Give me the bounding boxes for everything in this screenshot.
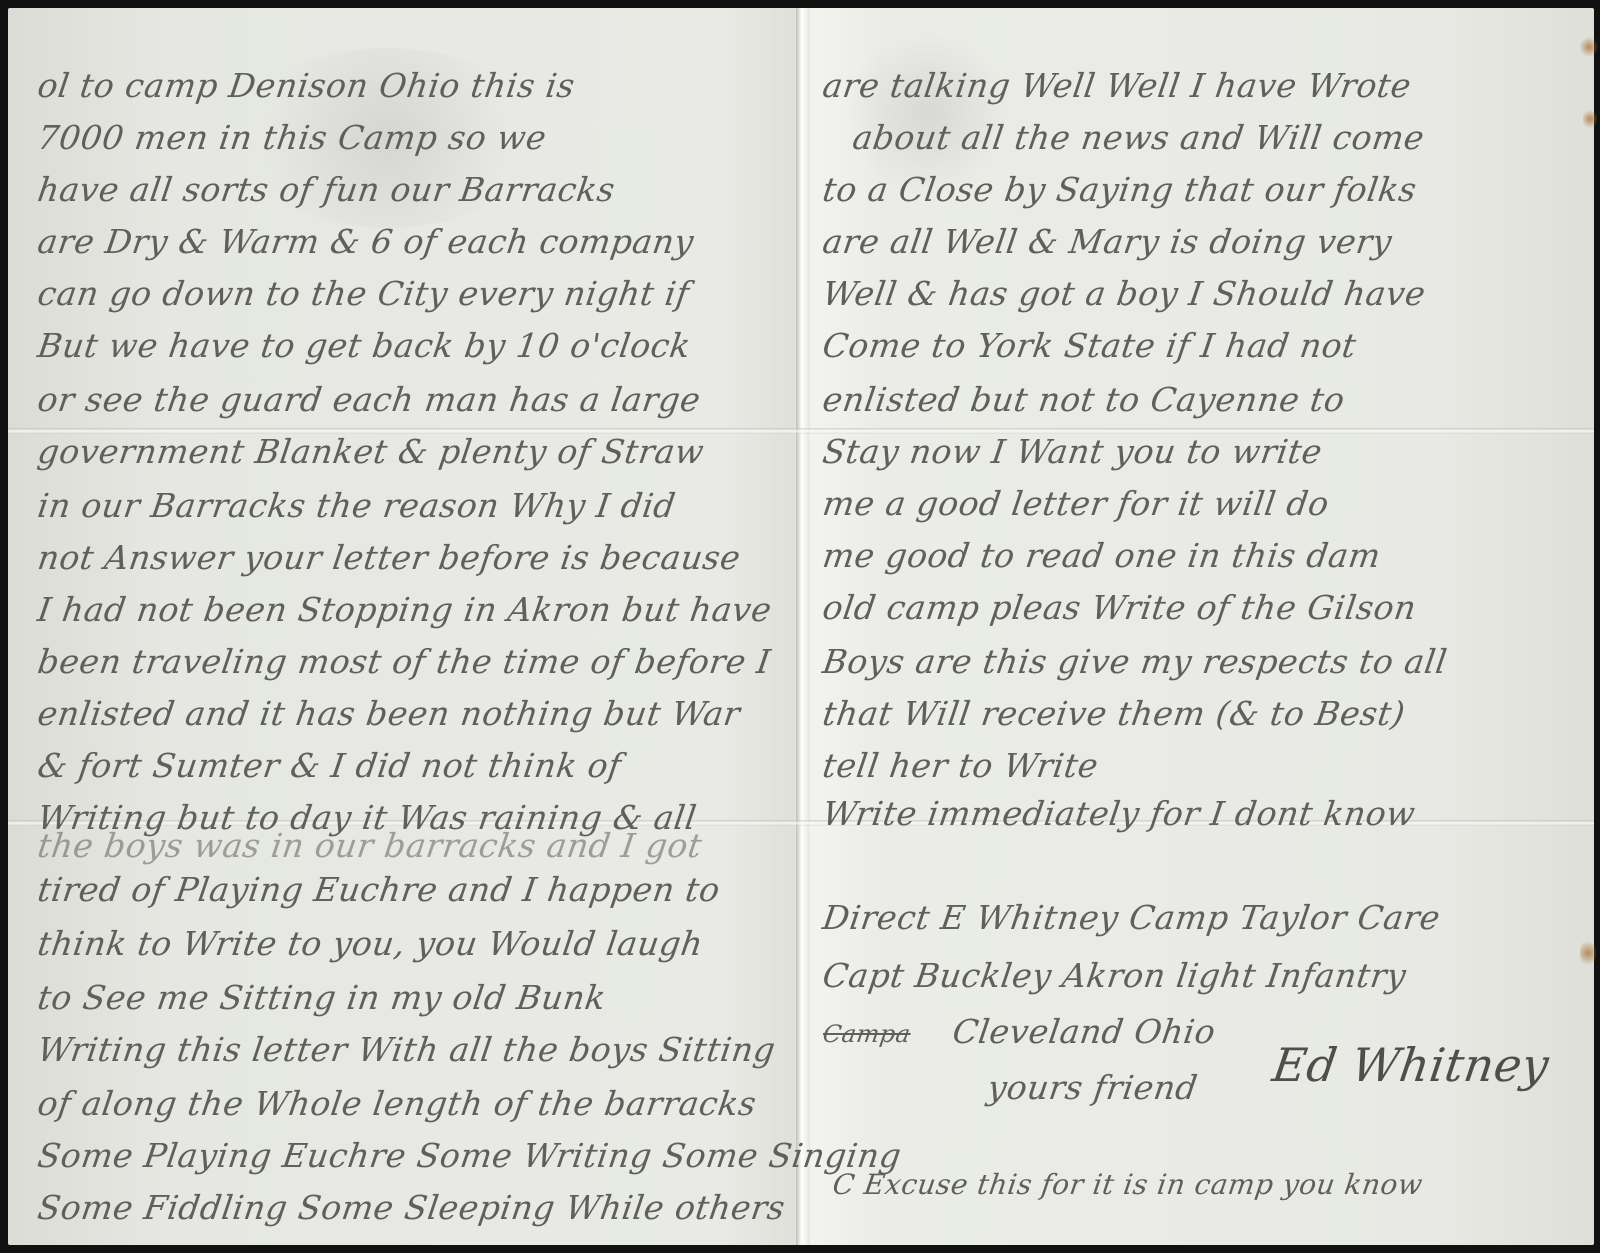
text-line: me good to read one in this dam: [820, 536, 1383, 575]
rust-stain: [1583, 108, 1597, 130]
closing: yours friend: [985, 1068, 1200, 1107]
postscript: C Excuse this for it is in camp you know: [831, 1168, 1425, 1201]
text-line: Writing this letter With all the boys Si…: [35, 1030, 778, 1069]
text-line: I had not been Stopping in Akron but hav…: [35, 590, 774, 629]
text-line: are Dry & Warm & 6 of each company: [35, 222, 696, 261]
text-line: Some Fiddling Some Sleeping While others: [35, 1188, 787, 1227]
text-line: have all sorts of fun our Barracks: [35, 170, 617, 209]
text-line: tired of Playing Euchre and I happen to: [35, 870, 722, 909]
text-line: are talking Well Well I have Wrote: [820, 66, 1414, 105]
text-line: of along the Whole length of the barrack…: [35, 1084, 759, 1123]
right-page: are talking Well Well I have Wrote about…: [823, 8, 1583, 1245]
text-line: been traveling most of the time of befor…: [35, 642, 773, 681]
text-line: or see the guard each man has a large: [35, 380, 703, 419]
text-line: me a good letter for it will do: [820, 484, 1331, 523]
text-line: to a Close by Saying that our folks: [820, 170, 1419, 209]
text-line: enlisted and it has been nothing but War: [35, 694, 743, 733]
text-line: tell her to Write: [820, 746, 1101, 785]
text-line: about all the news and Will come: [850, 118, 1427, 157]
text-line: in our Barracks the reason Why I did: [35, 486, 678, 525]
text-line-faded: the boys was in our barracks and I got: [35, 826, 704, 865]
address-line: Capt Buckley Akron light Infantry: [820, 956, 1409, 995]
text-line: 7000 men in this Camp so we: [35, 118, 549, 157]
text-line: can go down to the City every night if: [35, 274, 692, 313]
text-line: are all Well & Mary is doing very: [820, 222, 1394, 261]
address-line: Direct E Whitney Camp Taylor Care: [820, 898, 1443, 937]
text-line: Write immediately for I dont know: [820, 794, 1418, 833]
signature: Ed Whitney: [1269, 1038, 1552, 1092]
text-line: Some Playing Euchre Some Writing Some Si…: [35, 1136, 904, 1175]
text-line: Come to York State if I had not: [820, 326, 1359, 365]
letter-sheet: ol to camp Denison Ohio this is 7000 men…: [8, 8, 1594, 1245]
text-line: Stay now I Want you to write: [820, 432, 1325, 471]
text-line: Boys are this give my respects to all: [820, 642, 1449, 681]
text-line: to See me Sitting in my old Bunk: [35, 978, 608, 1017]
vertical-fold-line: [796, 8, 810, 1245]
text-line: ol to camp Denison Ohio this is: [35, 66, 577, 105]
text-line: enlisted but not to Cayenne to: [820, 380, 1347, 419]
text-line: government Blanket & plenty of Straw: [35, 432, 706, 471]
text-line: Well & has got a boy I Should have: [820, 274, 1428, 313]
text-line: old camp pleas Write of the Gilson: [820, 588, 1419, 627]
text-line: think to Write to you, you Would laugh: [35, 924, 705, 963]
struck-word: Campa: [821, 1020, 913, 1048]
text-line: & fort Sumter & I did not think of: [35, 746, 624, 785]
text-line: not Answer your letter before is because: [35, 538, 743, 577]
left-page: ol to camp Denison Ohio this is 7000 men…: [38, 8, 788, 1245]
text-line: that Will receive them (& to Best): [820, 694, 1407, 733]
text-line: But we have to get back by 10 o'clock: [35, 326, 693, 365]
address-line: Cleveland Ohio: [950, 1012, 1218, 1051]
